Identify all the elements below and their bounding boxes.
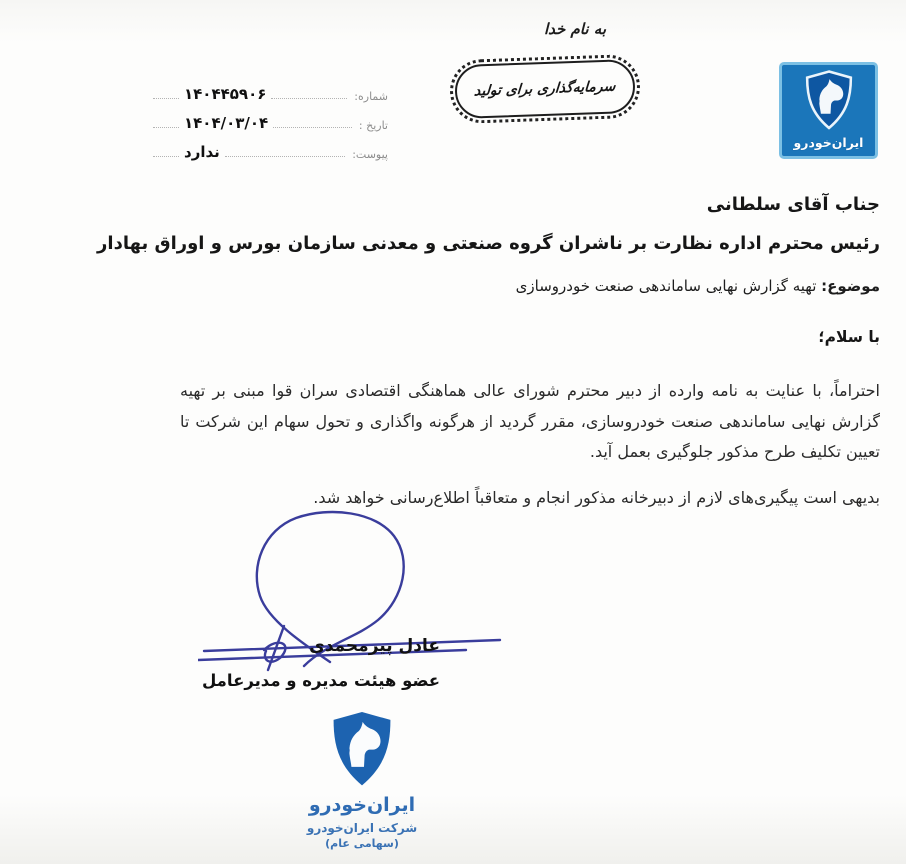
dotted-line <box>271 97 347 99</box>
addressee-title: رئیس محترم اداره نظارت بر ناشران گروه صن… <box>97 233 880 254</box>
salutation: با سلام؛ <box>818 328 880 346</box>
field-number: شماره: ۱۴۰۴۴۵۹۰۶ <box>150 74 388 103</box>
horse-shield-icon <box>319 710 405 792</box>
dotted-line <box>153 97 179 99</box>
addressee-name: جناب آقای سلطانی <box>707 194 880 215</box>
field-date: تاریخ : ۱۴۰۴/۰۳/۰۴ <box>150 103 388 132</box>
stamp-text: سرمایه‌گذاری برای تولید <box>474 79 616 100</box>
dotted-line <box>225 155 345 157</box>
field-number-value: ۱۴۰۴۴۵۹۰۶ <box>182 85 268 103</box>
dotted-line <box>153 126 179 128</box>
footer-company-name: شرکت ایران‌خودرو <box>307 821 417 835</box>
body-paragraph-1: احتراماً، با عنایت به نامه وارده از دبیر… <box>180 376 880 468</box>
investment-stamp: سرمایه‌گذاری برای تولید <box>454 59 636 119</box>
field-date-value: ۱۴۰۴/۰۳/۰۴ <box>182 114 270 132</box>
subject-line: موضوع: تهیه گزارش نهایی ساماندهی صنعت خو… <box>516 277 880 295</box>
field-attachment: پیوست: ندارد <box>150 132 388 161</box>
logo-wordmark: ایران‌خودرو <box>794 135 864 150</box>
signer-name: عادل پیرمحمدی <box>309 636 440 656</box>
iran-khodro-logo-footer: ایران‌خودرو شرکت ایران‌خودرو (سهامی عام) <box>277 710 447 850</box>
bismillah-text: به نام خدا <box>505 20 645 38</box>
footer-logo-wordmark: ایران‌خودرو <box>309 794 415 816</box>
iran-khodro-logo-header: ایران‌خودرو <box>779 62 878 159</box>
field-attachment-value: ندارد <box>182 143 222 161</box>
letter-page: به نام خدا سرمایه‌گذاری برای تولید شماره… <box>0 0 906 864</box>
field-attachment-label: پیوست: <box>348 148 388 161</box>
header-fields: شماره: ۱۴۰۴۴۵۹۰۶ تاریخ : ۱۴۰۴/۰۳/۰۴ پیوس… <box>150 74 388 161</box>
signer-title: عضو هیئت مدیره و مدیرعامل <box>202 671 440 690</box>
subject-text: تهیه گزارش نهایی ساماندهی صنعت خودروسازی <box>516 277 822 295</box>
dotted-line <box>273 126 352 128</box>
footer-company-type: (سهامی عام) <box>325 837 399 850</box>
field-number-label: شماره: <box>350 90 388 103</box>
subject-label: موضوع: <box>821 277 880 295</box>
dotted-line <box>153 155 179 157</box>
horse-shield-icon <box>800 70 858 134</box>
field-date-label: تاریخ : <box>355 119 388 132</box>
